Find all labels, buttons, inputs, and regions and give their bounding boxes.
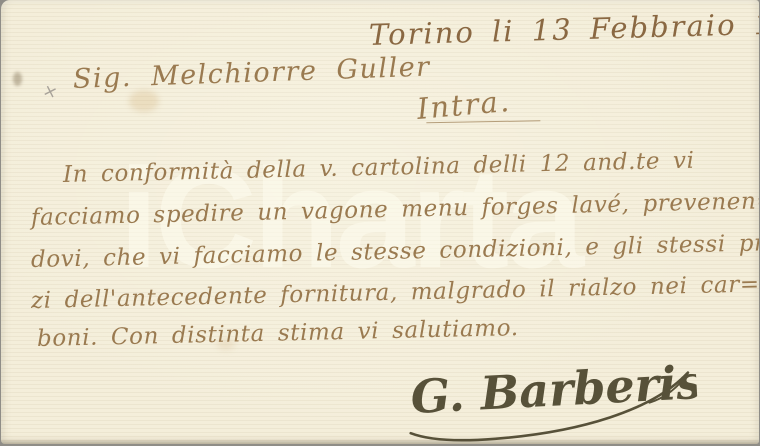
recipient-place: Intra. (416, 84, 513, 126)
body-line: In conformità della v. cartolina delli 1… (63, 148, 695, 188)
signature: G. Barberis (395, 342, 700, 444)
pencil-mark: × (40, 80, 60, 103)
body-line: boni. Con distinta stima vi salutiamo. (37, 315, 519, 352)
signature-name: G. Barberis (409, 355, 699, 424)
card-edge-shadow (1, 439, 759, 444)
paper-stain (129, 90, 159, 112)
photo-stage: iCharta Torino li 13 Febbraio 1880 × Sig… (0, 0, 760, 446)
body-line: facciamo spedire un vagone menu forges l… (31, 188, 759, 231)
paper-stain (13, 72, 22, 86)
body-line: zi dell'antecedente fornitura, malgrado … (31, 271, 759, 314)
recipient-line: Sig. Melchiorre Guller (72, 52, 431, 95)
letter-card: iCharta Torino li 13 Febbraio 1880 × Sig… (1, 0, 759, 444)
body-line: dovi, che vi facciamo le stesse condizio… (31, 229, 759, 273)
date-line: Torino li 13 Febbraio 1880 (369, 5, 759, 52)
